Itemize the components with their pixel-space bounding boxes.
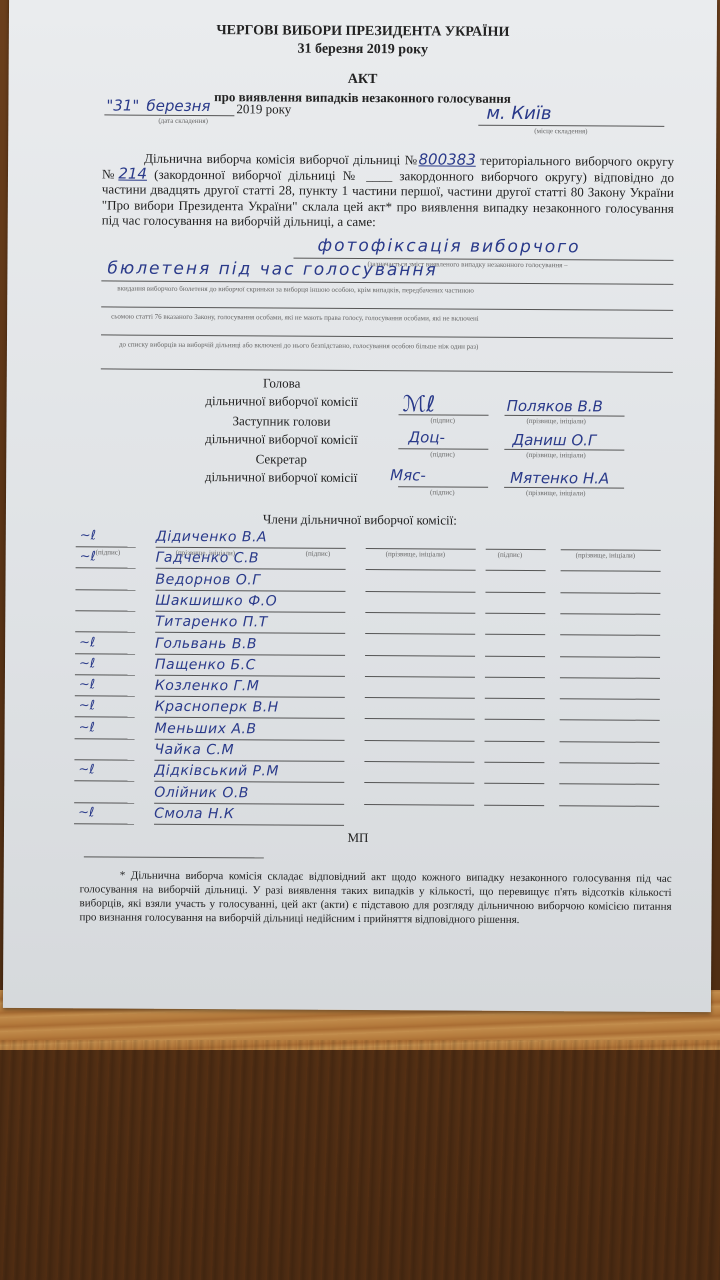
member-name: Гольвань В.В xyxy=(155,635,257,652)
deputy-sig-caption: (підпис) xyxy=(430,450,455,458)
member-line xyxy=(560,613,660,615)
member-line xyxy=(364,761,474,763)
member-line xyxy=(485,719,545,720)
member-line xyxy=(155,589,345,591)
member-line xyxy=(76,546,136,547)
member-line xyxy=(155,738,345,740)
member-line xyxy=(484,762,544,763)
member-line xyxy=(560,656,660,658)
footnote-separator xyxy=(84,856,264,858)
member-line xyxy=(484,804,544,805)
member-line xyxy=(559,805,659,807)
member-name: Смола Н.К xyxy=(154,806,234,822)
violation-line-3 xyxy=(101,306,673,310)
chair-role-sub: дільничної виборчої комісії xyxy=(167,393,397,410)
member-name: Шакшишко Ф.О xyxy=(155,593,277,610)
member-line xyxy=(75,589,135,590)
member-name: Гадченко С.В xyxy=(156,550,260,567)
violation-caption-4: до списку виборців на виборчій дільниці … xyxy=(119,341,478,351)
member-name: Дідиченко В.А xyxy=(156,529,267,546)
member-name: Ведорнов О.Г xyxy=(155,571,260,588)
member-row: ∼ℓСмола Н.К xyxy=(4,805,712,830)
secretary-signature: Мяс- xyxy=(390,466,426,484)
member-line xyxy=(485,655,545,656)
deputy-role-sub: дільничної виборчої комісії xyxy=(166,431,396,448)
secretary-role-sub: дільничної виборчої комісії xyxy=(166,469,396,486)
member-line xyxy=(74,759,134,760)
place-value: м. Київ xyxy=(486,103,551,124)
member-line xyxy=(75,717,135,718)
intro-part-3: (закордонної виборчої дільниці № ____ за… xyxy=(102,166,674,229)
member-line xyxy=(365,612,475,614)
member-line xyxy=(365,676,475,678)
intro-paragraph: Дільнична виборча комісія виборчої дільн… xyxy=(102,150,674,231)
member-name: Титаренко П.Т xyxy=(155,614,268,631)
violation-caption-2: вкидання виборчого бюлетеня до виборчої … xyxy=(117,285,474,295)
secretary-sig-caption: (підпис) xyxy=(430,488,455,496)
member-line xyxy=(365,655,475,657)
date-year: 2019 року xyxy=(236,101,291,117)
chair-name-caption: (прізвище, ініціали) xyxy=(526,417,585,425)
member-line xyxy=(75,674,135,675)
member-line xyxy=(155,717,345,719)
member-line xyxy=(560,634,660,636)
precinct-number: 800383 xyxy=(418,150,475,168)
member-line xyxy=(74,802,134,803)
member-line xyxy=(485,613,545,614)
member-line xyxy=(560,698,660,700)
violation-text-line1: фотофіксація виборчого xyxy=(318,236,581,258)
member-line xyxy=(560,677,660,679)
secretary-role: Секретар xyxy=(166,451,396,468)
date-day: "31" xyxy=(106,96,139,114)
document-sheet: ЧЕРГОВІ ВИБОРИ ПРЕЗИДЕНТА УКРАЇНИ 31 бер… xyxy=(3,0,717,1012)
chair-role: Голова xyxy=(167,375,397,392)
member-line xyxy=(74,823,134,824)
member-signature: ∼ℓ xyxy=(80,528,96,543)
member-line xyxy=(485,698,545,699)
member-signature: ∼ℓ xyxy=(78,763,94,778)
member-name: Чайка С.М xyxy=(154,742,234,758)
member-line xyxy=(560,741,660,743)
member-line xyxy=(155,696,345,698)
member-line xyxy=(365,740,475,742)
election-title: ЧЕРГОВІ ВИБОРИ ПРЕЗИДЕНТА УКРАЇНИ xyxy=(9,22,717,42)
member-line xyxy=(75,653,135,654)
footnote: * Дільнична виборча комісія складає відп… xyxy=(79,868,671,928)
member-line xyxy=(155,653,345,655)
member-line xyxy=(155,675,345,677)
chair-name: Поляков В.В xyxy=(507,397,603,416)
member-line xyxy=(560,592,660,594)
member-line xyxy=(75,738,135,739)
member-line xyxy=(75,695,135,696)
member-line xyxy=(365,697,475,699)
member-line xyxy=(154,802,344,804)
member-line xyxy=(486,549,546,550)
member-line xyxy=(365,591,475,593)
member-name: Олійник О.В xyxy=(154,784,249,801)
violation-line-5 xyxy=(101,368,673,372)
member-name: Меньших А.В xyxy=(155,720,257,737)
date-caption: (дата складення) xyxy=(158,117,208,125)
deputy-name: Даниш О.Г xyxy=(512,431,596,450)
member-signature: ∼ℓ xyxy=(79,699,95,714)
member-signature: ∼ℓ xyxy=(80,550,96,565)
member-line xyxy=(559,762,659,764)
deputy-name-caption: (прізвище, ініціали) xyxy=(526,451,585,459)
member-line xyxy=(364,782,474,784)
secretary-name: Мятенко Н.А xyxy=(510,469,609,488)
violation-text-line2: бюлетеня під час голосування xyxy=(107,258,437,280)
member-line xyxy=(561,571,661,573)
member-signature: ∼ℓ xyxy=(79,677,95,692)
stamp-label: МП xyxy=(4,828,712,848)
date-month: березня xyxy=(146,97,210,115)
member-line xyxy=(156,568,346,570)
member-name: Красноперк В.Н xyxy=(155,699,279,716)
member-line xyxy=(364,804,474,806)
election-date: 31 березня 2019 року xyxy=(9,40,717,60)
secretary-name-caption: (прізвище, ініціали) xyxy=(526,489,585,497)
member-line xyxy=(485,740,545,741)
member-line xyxy=(75,610,135,611)
member-line xyxy=(485,677,545,678)
member-line xyxy=(154,824,344,826)
violation-caption-3: сьомою статті 76 вказаного Закону, голос… xyxy=(111,312,479,322)
place-caption: (місце складення) xyxy=(534,127,587,135)
table-surface xyxy=(0,1040,720,1280)
member-name: Дідківський Р.М xyxy=(154,763,279,780)
member-line xyxy=(560,720,660,722)
member-line xyxy=(484,783,544,784)
member-signature: ∼ℓ xyxy=(79,656,95,671)
member-line xyxy=(74,781,134,782)
deputy-role: Заступник голови xyxy=(166,413,396,430)
member-line xyxy=(155,632,345,634)
member-signature: ∼ℓ xyxy=(79,720,95,735)
member-name: Пащенко Б.С xyxy=(155,657,256,674)
member-name: Козленко Г.М xyxy=(155,678,260,695)
act-title: АКТ xyxy=(9,70,717,90)
member-line xyxy=(76,568,136,569)
member-line xyxy=(485,591,545,592)
chair-sig-caption: (підпис) xyxy=(430,416,455,424)
member-line xyxy=(154,781,344,783)
member-line xyxy=(485,634,545,635)
intro-part-1: Дільнична виборча комісія виборчої дільн… xyxy=(102,150,418,167)
member-signature: ∼ℓ xyxy=(79,635,95,650)
member-line xyxy=(154,760,344,762)
member-signature: ∼ℓ xyxy=(78,805,94,820)
member-line xyxy=(559,784,659,786)
member-line xyxy=(75,631,135,632)
district-number: 214 xyxy=(118,164,147,182)
deputy-signature: Доц- xyxy=(408,428,445,446)
violation-line-4 xyxy=(101,334,673,338)
member-line xyxy=(486,570,546,571)
member-line xyxy=(155,611,345,613)
member-line xyxy=(365,718,475,720)
member-line xyxy=(366,569,476,571)
members-title: Члени дільничної виборчої комісії: xyxy=(6,510,714,530)
member-line xyxy=(365,633,475,635)
